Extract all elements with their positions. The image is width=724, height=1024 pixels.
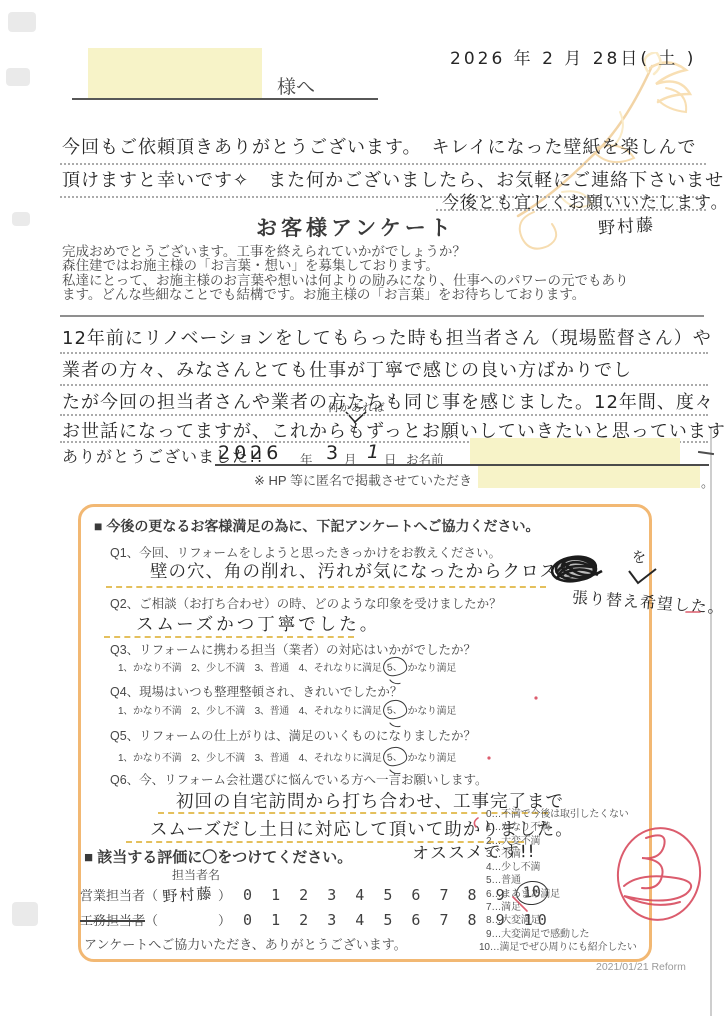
question-5: Q5、リフォームの仕上がりは、満足のいくものになりましたか？: [110, 726, 476, 744]
question-3: Q3、リフォームに携わる担当（業者）の対応はいかがでしたか？: [110, 640, 476, 658]
ruled-line: [60, 163, 706, 165]
staff-name-column-label: 担当者名: [172, 866, 220, 883]
legend-item: 8…大変満足: [486, 914, 637, 927]
question-4: Q4、現場はいつも整理整頓され、きれいでしたか？: [110, 682, 402, 700]
questionnaire-heading: ■ 今後の更なるお客様満足の為に、下記アンケートへご協力ください。: [94, 516, 540, 536]
addressee-underline: [72, 98, 378, 100]
rating-row-sales: 営業担当者（野村藤） 0 1 2 3 4 5 6 7 8 9 10: [80, 884, 548, 908]
redacted-addressee-highlight: [88, 48, 262, 98]
scale-pre: 1、かなり不満 2、少し不満 3、普通 4、それなりに満足: [118, 749, 382, 764]
scale-pre: 1、かなり不満 2、少し不満 3、普通 4、それなりに満足: [118, 659, 382, 674]
staff-signature: 野村藤: [597, 210, 656, 239]
scanned-survey-page: 2026 年 2 月 28日( 土 ) 様へ 今回もご依頼頂きありがとうございま…: [0, 0, 724, 1024]
letter-date: 2026 年 2 月 28日( 土 ): [450, 44, 696, 69]
answer-1-insert: を: [632, 547, 647, 567]
intro-line4: ます。どんな些細なことでも結構です。お施主様の「お言葉」をお待ちしております。: [62, 283, 585, 303]
form-revision-stamp: 2021/01/21 Reform: [596, 961, 686, 973]
comment-line3: たが今回の担当者さんや業者の方たちも同じ事を感じました。12年間、度々: [62, 388, 714, 414]
comment-date-year: 2026: [218, 442, 282, 464]
scale-post: かなり満足: [408, 702, 457, 717]
page-title: お客様アンケート: [256, 212, 455, 242]
thanks-note: アンケートへご協力いただき、ありがとうございます。: [84, 934, 407, 953]
rating-heading: ■ 該当する評価に〇をつけてください。: [84, 846, 352, 867]
comment-date-day: 1: [367, 441, 380, 463]
redacted-hp-highlight: [478, 466, 700, 488]
scan-artifact: [12, 212, 30, 226]
rating-row-label: 工務担当者: [80, 910, 145, 929]
legend-item: 0…不満で今後は取引したくない: [486, 808, 637, 821]
legend-item: 5…普通: [486, 874, 637, 887]
question-2: Q2、ご相談（お打ち合わせ）の時、どのような印象を受けましたか？: [110, 594, 502, 612]
legend-item: 9…大変満足で感動した: [486, 928, 637, 941]
check-mark: [624, 566, 660, 590]
ruled-line: [60, 352, 708, 354]
scan-artifact: [12, 902, 38, 926]
scan-artifact: [6, 68, 30, 86]
redacted-name-highlight: [470, 438, 680, 465]
comment-line1: 12年前にリノベーションをしてもらった時も担当者さん（現場監督さん）や: [62, 324, 712, 350]
circled-option-5: 5、: [382, 656, 408, 677]
scale-options-q4: 1、かなり不満 2、少し不満 3、普通 4、それなりに満足 5、 かなり満足: [118, 700, 456, 719]
ruled-line: [60, 414, 708, 416]
scale-post: かなり満足: [408, 749, 457, 764]
answer-underline: [106, 586, 546, 588]
scan-artifact: [8, 12, 36, 32]
scale-options-q3: 1、かなり不満 2、少し不満 3、普通 4、それなりに満足 5、 かなり満足: [118, 657, 456, 676]
scale-options-q5: 1、かなり不満 2、少し不満 3、普通 4、それなりに満足 5、 かなり満足: [118, 747, 456, 766]
answer-1: 壁の穴、角の削れ、汚れが気になったからクロスを: [150, 558, 577, 583]
rating-row-label: 営業担当者: [80, 885, 145, 904]
rating-row-construction: 工務担当者（） 0 1 2 3 4 5 6 7 8 9 10: [80, 910, 552, 929]
legend-item: 4…少し不満: [486, 861, 637, 874]
answer-underline: [104, 636, 354, 638]
legend-item: 1…かなり不満: [486, 821, 637, 834]
circled-option-5: 5、: [382, 699, 408, 720]
scale-pre: 1、かなり不満 2、少し不満 3、普通 4、それなりに満足: [118, 702, 382, 717]
staff-signature: 野村藤: [157, 882, 218, 907]
ink-redaction-scribble: [548, 553, 612, 587]
hp-note: ※ HP 等に匿名で掲載させていただき: [254, 470, 472, 489]
legend-item: 2…大変不満: [486, 835, 637, 848]
question-6: Q6、今、リフォーム会社選びに悩んでいる方へ一言お願いします。: [110, 770, 488, 788]
ruled-line: [436, 209, 706, 211]
scan-edge-line: [710, 428, 712, 1016]
legend-item: 10…満足でぜひ周りにも紹介したい: [479, 941, 637, 954]
letter-line1: 今回もご依頼頂きありがとうございます。 キレイになった壁紙を楽しんで: [62, 133, 696, 159]
rating-legend: 0…不満で今後は取引したくない 1…かなり不満 2…大変不満 3…不満 4…少し…: [486, 808, 637, 954]
section-divider: [60, 315, 704, 317]
legend-item: 3…不満: [486, 848, 637, 861]
rating-scale-numbers: 0 1 2 3 4 5 6 7 8 9: [243, 886, 510, 904]
hp-note-period: 。: [701, 472, 714, 491]
comment-line2: 業者の方々、みなさんとても仕事が丁寧で感じの良い方ばかりでし: [62, 356, 632, 382]
scale-post: かなり満足: [408, 659, 457, 674]
legend-item: 6…まあまあ満足: [486, 888, 637, 901]
comment-date-month: 3: [326, 442, 339, 464]
legend-item: 7…満足: [486, 901, 637, 914]
circled-option-5: 5、: [382, 746, 408, 767]
ruled-line: [60, 384, 708, 386]
answer-2: スムーズかつ丁寧でした。: [136, 611, 380, 636]
addressee-suffix: 様へ: [277, 72, 315, 99]
